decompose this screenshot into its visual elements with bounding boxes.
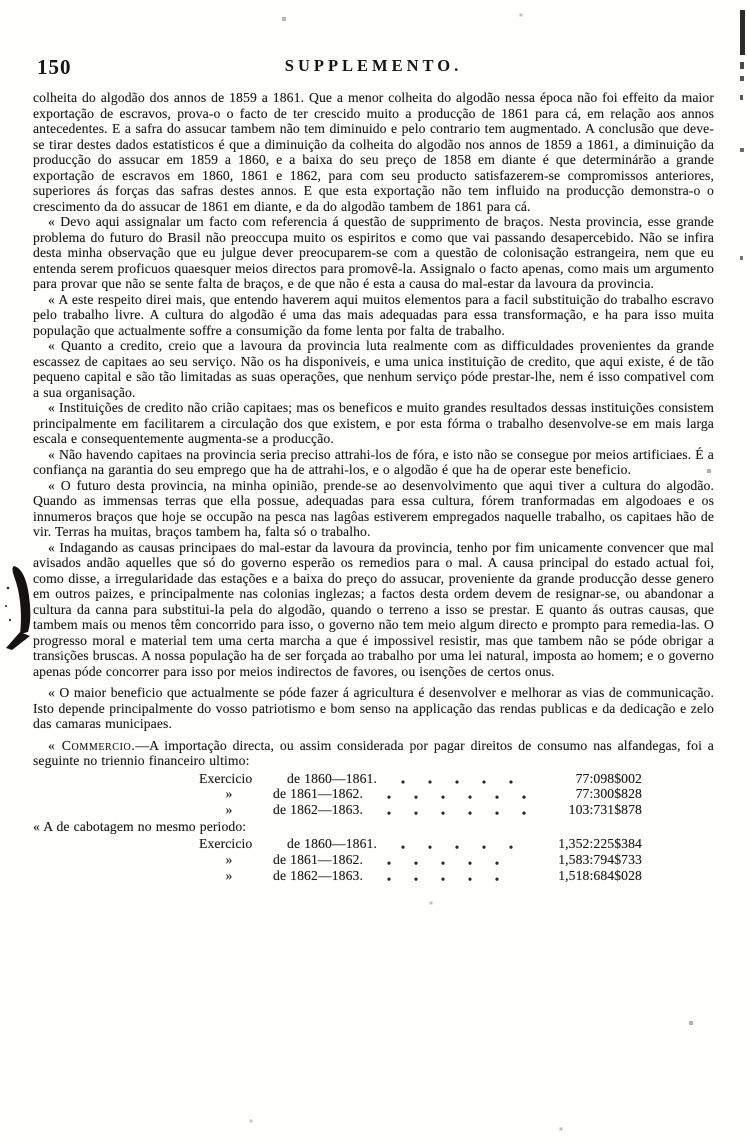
paragraph-futuro-da-provincia: « O futuro desta provincia, na minha opi… <box>33 478 714 540</box>
scanned-document-page: 150 SUPPLEMENTO. colheita do algodão dos… <box>0 0 747 1141</box>
paragraph-instituicoes-de-credito: « Instituições de credito não crião capi… <box>33 400 714 447</box>
amount-value: 1,352:225$384 <box>524 836 642 852</box>
cabotagem-table: Exercicio de 1860—1861. 1,352:225$384 » … <box>185 836 642 883</box>
table-row: » de 1862—1863. 103:731$878 <box>185 802 642 818</box>
period-label: de 1862—1863. <box>273 868 385 884</box>
page-header: 150 SUPPLEMENTO. <box>0 0 747 86</box>
paragraph-cabotagem-heading: « A de cabotagem no mesmo periodo: <box>33 819 714 835</box>
paragraph-vias-de-communicacao: « O maior beneficio que actualmente se p… <box>33 685 714 732</box>
paragraph-colheita-continuation: colheita do algodão dos annos de 1859 a … <box>33 90 714 214</box>
exercicio-label: Exercicio <box>185 771 287 787</box>
dot-leader <box>387 868 518 884</box>
document-body: colheita do algodão dos annos de 1859 a … <box>0 86 747 884</box>
ditto-mark: » <box>185 786 273 802</box>
period-label: de 1860—1861. <box>287 836 399 852</box>
amount-value: 77:300$828 <box>534 786 642 802</box>
table-row: Exercicio de 1860—1861. 77:098$002 <box>185 771 642 787</box>
dot-leader <box>387 852 518 868</box>
dot-leader <box>401 836 518 852</box>
amount-value: 77:098$002 <box>534 771 642 787</box>
period-label: de 1861—1862. <box>273 786 385 802</box>
amount-value: 1,583:794$733 <box>524 852 642 868</box>
period-label: de 1860—1861. <box>287 771 399 787</box>
dot-leader <box>401 771 528 787</box>
commercio-rest: —A importação directa, ou assim consider… <box>33 738 714 769</box>
table-row: » de 1862—1863. 1,518:684$028 <box>185 868 642 884</box>
ditto-mark: » <box>185 868 273 884</box>
amount-value: 103:731$878 <box>534 802 642 818</box>
period-label: de 1862—1863. <box>273 802 385 818</box>
paragraph-credito: « Quanto a credito, creio que a lavoura … <box>33 338 714 400</box>
ditto-mark: » <box>185 802 273 818</box>
table-row: » de 1861—1862. 1,583:794$733 <box>185 852 642 868</box>
table-row: » de 1861—1862. 77:300$828 <box>185 786 642 802</box>
commercio-lead: « Commercio. <box>48 738 135 753</box>
import-table: Exercicio de 1860—1861. 77:098$002 » de … <box>185 771 642 818</box>
period-label: de 1861—1862. <box>273 852 385 868</box>
paragraph-commercio: « Commercio.—A importação directa, ou as… <box>33 738 714 769</box>
dot-leader <box>387 786 528 802</box>
amount-value: 1,518:684$028 <box>524 868 642 884</box>
ditto-mark: » <box>185 852 273 868</box>
page-number: 150 <box>37 55 72 80</box>
scan-noise-speckles <box>0 0 2 2</box>
paragraph-causas-do-mal-estar: « Indagando as causas principaes do mal-… <box>33 540 714 680</box>
dot-leader <box>387 802 528 818</box>
exercicio-label: Exercicio <box>185 836 287 852</box>
table-row: Exercicio de 1860—1861. 1,352:225$384 <box>185 836 642 852</box>
paragraph-supprimento-de-bracos: « Devo aqui assignalar um facto com refe… <box>33 214 714 292</box>
paragraph-trabalho-livre: « A este respeito direi mais, que entend… <box>33 292 714 339</box>
running-title: SUPPLEMENTO. <box>0 56 747 76</box>
paragraph-capitaes: « Não havendo capitaes na provincia seri… <box>33 447 714 478</box>
